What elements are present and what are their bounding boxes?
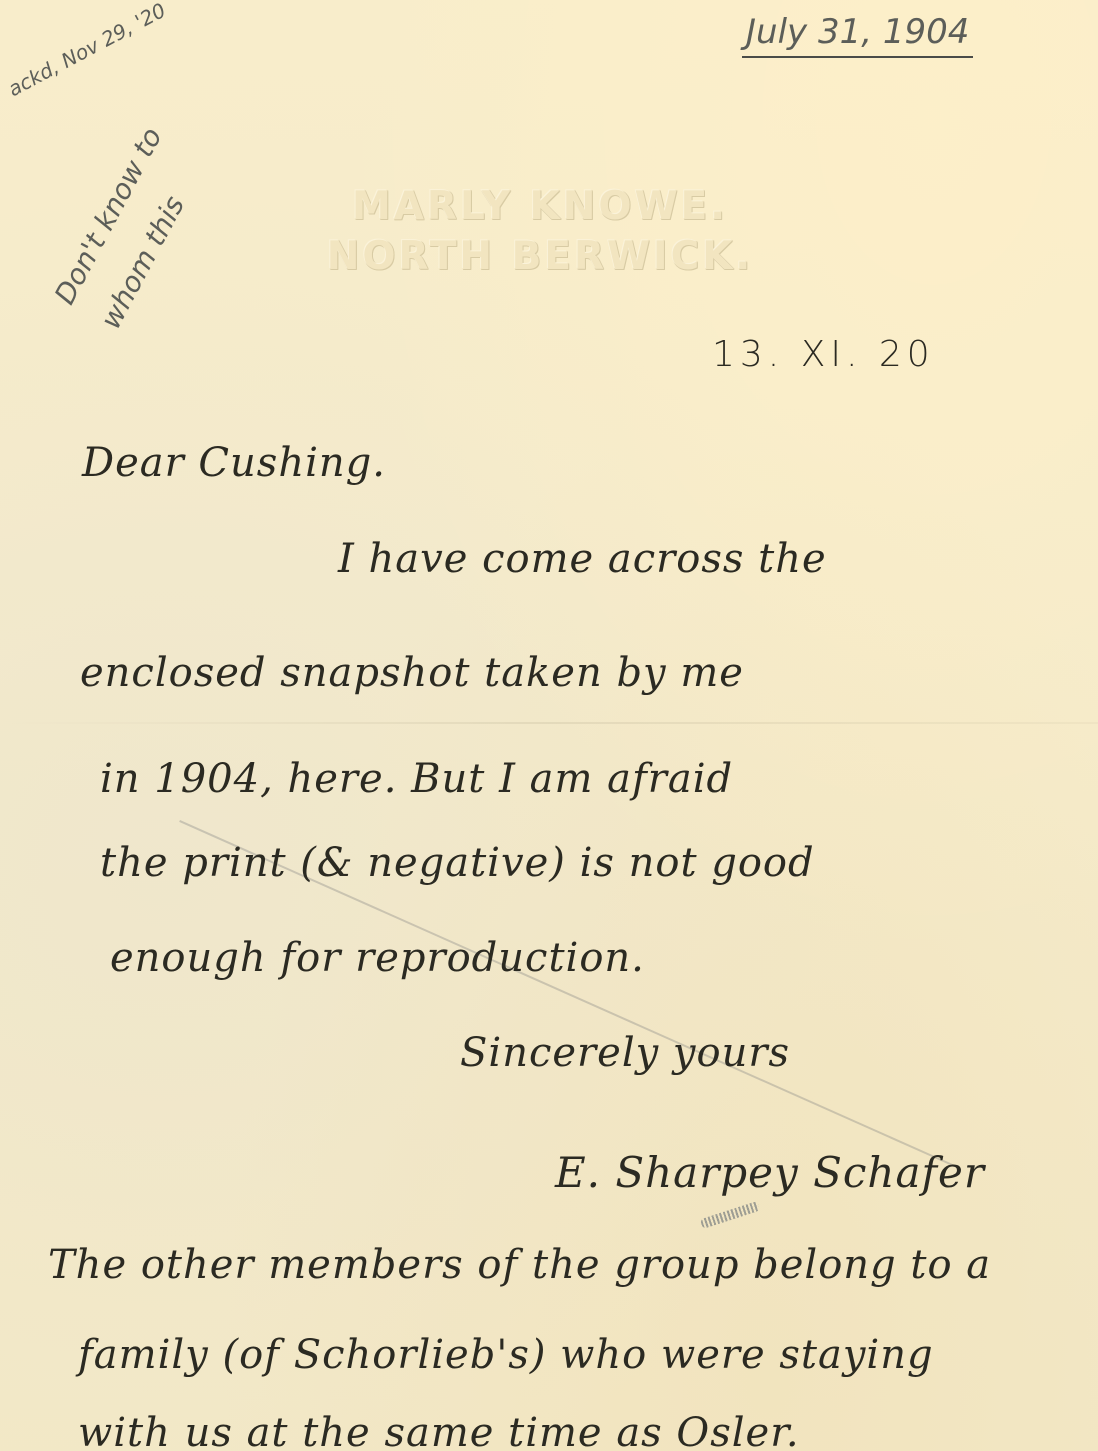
archival-date-annotation: July 31, 1904 (742, 12, 973, 58)
body-line: in 1904, here. But I am afraid (100, 756, 733, 802)
closing: Sincerely yours (460, 1030, 790, 1076)
fold-crease (0, 722, 1098, 724)
salutation: Dear Cushing. (82, 440, 386, 486)
body-line: the print (& negative) is not good (100, 840, 815, 886)
letterhead-house-name: MARLY KNOWE. (290, 182, 790, 232)
embossed-letterhead: MARLY KNOWE. NORTH BERWICK. (290, 182, 790, 282)
postscript-line: The other members of the group belong to… (48, 1242, 991, 1288)
body-line: enclosed snapshot taken by me (80, 650, 744, 696)
postscript-line: family (of Schorlieb's) who were staying (78, 1332, 934, 1378)
postscript-line: with us at the same time as Osler. (78, 1410, 800, 1451)
margin-note: Don't know to whom this (40, 118, 223, 339)
letterhead-town: NORTH BERWICK. (290, 232, 790, 282)
signature: E. Sharpey Schafer (555, 1148, 985, 1197)
letter-date: 13. XI. 20 (712, 334, 935, 375)
body-line: enough for reproduction. (110, 935, 645, 981)
pencil-smudge (700, 1201, 760, 1229)
body-line: I have come across the (338, 536, 827, 582)
letter-page: July 31, 1904 ackd, Nov 29, '20 Don't kn… (0, 0, 1098, 1451)
acknowledgement-annotation: ackd, Nov 29, '20 (4, 0, 170, 101)
